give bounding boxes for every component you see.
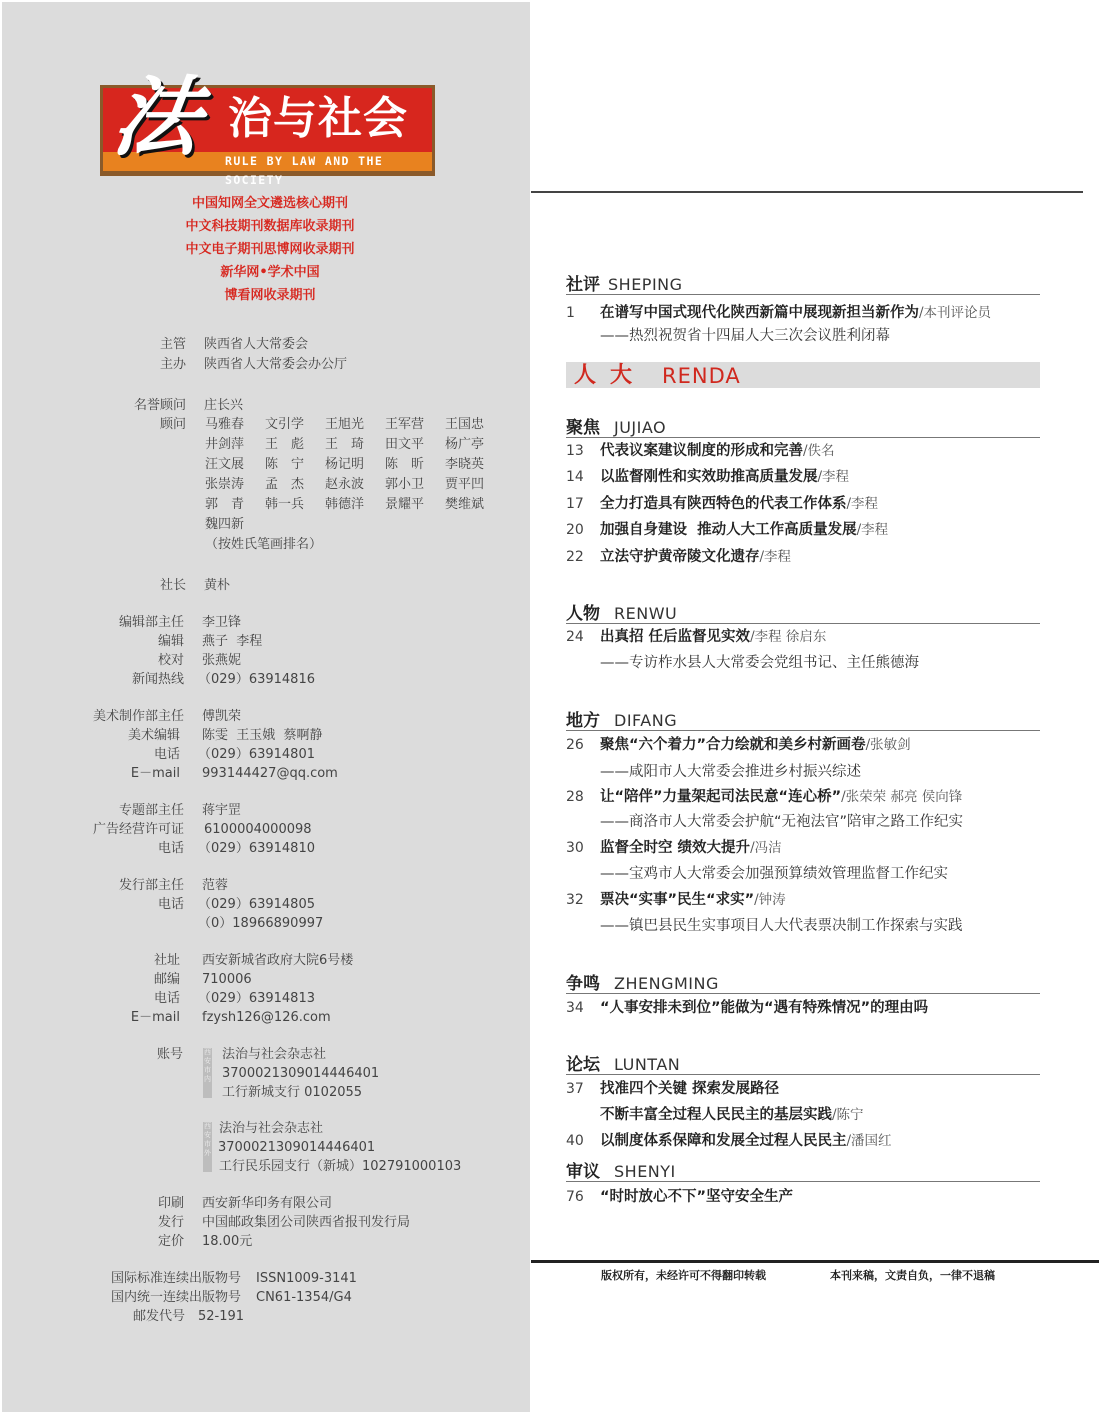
toc-entry[interactable]: 13代表议案建议制度的形成和完善/佚名 (566, 440, 835, 462)
advisor-name: 杨记明 (325, 455, 385, 475)
advisor-name: 文引学 (265, 415, 325, 435)
page-number: 1 (566, 302, 600, 324)
article-title: 立法守护黄帝陵文化遗存 (600, 549, 760, 565)
info-label: 定价 (14, 1232, 184, 1251)
page-number: 22 (566, 546, 600, 568)
info-value: 李卫锋 (202, 613, 241, 632)
article-author: /张荣荣 郝亮 侯向锋 (841, 789, 962, 805)
advisors-list: 马雅春 文引学 王旭光 王军营 王国忠 井剑萍 王 彪 王 琦 田文平 杨广亭 … (205, 415, 505, 555)
section-title-en: RENWU (614, 604, 677, 623)
info-value: 52-191 (198, 1307, 244, 1326)
advisor-name: 王 琦 (325, 435, 385, 455)
toc-entry[interactable]: 37找准四个关键 探索发展路径 (566, 1078, 779, 1100)
section-difang: 地方DIFANG (566, 706, 1040, 731)
page-number: 76 (566, 1186, 600, 1208)
toc-entry[interactable]: 22立法守护黄帝陵文化遗存/李程 (566, 546, 791, 568)
info-label: 发行部主任 (14, 876, 184, 895)
article-author: /钟涛 (754, 892, 786, 908)
page-number: 37 (566, 1078, 600, 1100)
info-value: （029）63914816 (198, 670, 315, 689)
info-value: 张燕妮 (202, 651, 241, 670)
info-label: E－mail (10, 1008, 180, 1027)
info-label: 国内统一连续出版物号 (0, 1288, 241, 1307)
info-value: 黄朴 (204, 576, 230, 595)
article-author: /陈宁 (832, 1107, 864, 1123)
toc-entry[interactable]: 14以监督刚性和实效助推高质量发展/李程 (566, 466, 849, 488)
article-author: /本刊评论员 (919, 305, 991, 321)
info-label: 国际标准连续出版物号 (0, 1269, 241, 1288)
section-luntan: 论坛LUNTAN (566, 1050, 1040, 1075)
advisor-row: 汪文展 陈 宁 杨记明 陈 昕 李晓英 (205, 455, 505, 475)
toc-entry[interactable]: 30监督全时空 绩效大提升/冯洁 (566, 837, 782, 859)
article-author: /李程 徐启东 (750, 629, 826, 645)
article-author: /冯洁 (750, 840, 782, 856)
info-value: 中国邮政集团公司陕西省报刊发行局 (202, 1213, 410, 1232)
page-number: 24 (566, 626, 600, 648)
article-author: /李程 (760, 549, 792, 565)
info-label: 账号 (13, 1045, 183, 1064)
info-label: 美术编辑 (10, 726, 180, 745)
advisor-row: 马雅春 文引学 王旭光 王军营 王国忠 (205, 415, 505, 435)
toc-entry[interactable]: 1在谱写中国式现代化陕西新篇中展现新担当新作为/本刊评论员 (566, 302, 991, 324)
section-renwu: 人物RENWU (566, 599, 1040, 624)
page-number: 34 (566, 997, 600, 1019)
info-value: 燕子 李程 (202, 632, 262, 651)
info-label: 广告经营许可证 (14, 820, 184, 839)
advisors-note: （按姓氏笔画排名） (205, 535, 405, 555)
credit-line: 新华网•学术中国 (100, 261, 440, 284)
advisor-name: 田文平 (385, 435, 445, 455)
info-value: 陕西省人大常委会办公厅 (204, 355, 347, 374)
info-value: fzysh126@126.com (202, 1008, 331, 1027)
article-title: 票决“实事”民生“求实” (600, 892, 754, 908)
advisor-name: 樊维斌 (445, 495, 505, 515)
toc-entry[interactable]: 17全力打造具有陕西特色的代表工作体系/李程 (566, 493, 878, 515)
article-author: /佚名 (803, 443, 835, 459)
toc-entry[interactable]: 76“时时放心不下”坚守安全生产 (566, 1186, 793, 1208)
info-label: 名誉顾问 (16, 396, 186, 415)
info-value: 西安新华印务有限公司 (202, 1194, 332, 1213)
article-subtitle: ——专访柞水县人大常委会党组书记、主任熊德海 (600, 652, 919, 674)
submission-policy-note: 本刊来稿，文责自负，一律不退稿 (830, 1267, 995, 1283)
info-label: E－mail (10, 764, 180, 783)
account-tag: 西安市内 (203, 1048, 212, 1098)
info-label: 新闻热线 (14, 670, 184, 689)
article-title: 监督全时空 绩效大提升 (600, 840, 750, 856)
info-label: 社长 (16, 576, 186, 595)
info-label: 印刷 (14, 1194, 184, 1213)
advisor-row: 郭 青 韩一兵 韩德洋 景耀平 樊维斌 (205, 495, 505, 515)
info-value: （0）18966890997 (198, 914, 323, 933)
section-title-en: DIFANG (614, 711, 677, 730)
copyright-note: 版权所有，未经许可不得翻印转载 (601, 1267, 766, 1283)
page-number: 40 (566, 1130, 600, 1152)
section-sheping: 社评SHEPING (566, 270, 1040, 295)
article-title: “人事安排未到位”能做为“遇有特殊情况”的理由吗 (600, 1000, 928, 1016)
credit-line: 中文科技期刊数据库收录期刊 (100, 215, 440, 238)
bottom-divider (531, 1260, 1099, 1263)
advisor-name: 魏四新 (205, 515, 265, 535)
info-value: 傅凯荣 (202, 707, 241, 726)
article-subtitle: ——商洛市人大常委会护航“无袍法官”陪审之路工作纪实 (600, 811, 963, 833)
page-number: 26 (566, 734, 600, 756)
info-value: 3700021309014446401 (222, 1064, 379, 1083)
info-label: 电话 (14, 895, 184, 914)
advisor-name: 贾平凹 (445, 475, 505, 495)
article-title: 找准四个关键 探索发展路径 (600, 1081, 779, 1097)
info-value: （029）63914805 (198, 895, 315, 914)
section-title-cn: 争鸣 (566, 974, 600, 994)
credit-line: 中国知网全文遴选核心期刊 (100, 192, 440, 215)
info-value: CN61-1354/G4 (256, 1288, 352, 1307)
advisor-name: 陈 昕 (385, 455, 445, 475)
info-value: 工行新城支行 0102055 (222, 1083, 362, 1102)
article-title: 以制度体系保障和发展全过程人民民主 (600, 1133, 847, 1149)
article-author: /李程 (847, 496, 879, 512)
info-value: 陕西省人大常委会 (204, 335, 308, 354)
info-label: 电话 (10, 745, 180, 764)
info-label: 专题部主任 (14, 801, 184, 820)
logo-calligraphy-char: 法 (108, 75, 206, 161)
article-title: 不断丰富全过程人民民主的基层实践 (600, 1107, 832, 1123)
info-label: 发行 (14, 1213, 184, 1232)
section-title-cn: 社评 (566, 275, 600, 295)
info-label: 邮发代号 (0, 1307, 185, 1326)
logo-title: 治与社会 (228, 91, 408, 147)
indexing-credits: 中国知网全文遴选核心期刊 中文科技期刊数据库收录期刊 中文电子期刊思博网收录期刊… (100, 192, 440, 307)
advisor-row: 井剑萍 王 彪 王 琦 田文平 杨广亭 (205, 435, 505, 455)
toc-entry[interactable]: 20加强自身建设 推动人大工作高质量发展/李程 (566, 519, 888, 541)
advisor-note-row: （按姓氏笔画排名） (205, 535, 505, 555)
info-value: （029）63914810 (198, 839, 315, 858)
top-divider (531, 191, 1083, 193)
advisor-name: 陈 宁 (265, 455, 325, 475)
article-author: /李程 (818, 469, 850, 485)
article-author: /李程 (857, 522, 889, 538)
section-zhengming: 争鸣ZHENGMING (566, 969, 1040, 994)
info-value: 蒋宇罡 (202, 801, 241, 820)
banner-title-cn: 人大 (574, 362, 646, 389)
page-number: 13 (566, 440, 600, 462)
info-value: （029）63914801 (198, 745, 315, 764)
info-label: 邮编 (10, 970, 180, 989)
advisor-row: 张崇涛 孟 杰 赵永波 郭小卫 贾平凹 (205, 475, 505, 495)
section-title-en: SHEPING (608, 275, 683, 294)
info-value: 710006 (202, 970, 252, 989)
toc-entry[interactable]: 24出真招 任后监督见实效/李程 徐启东 (566, 626, 826, 648)
advisor-name: 王旭光 (325, 415, 385, 435)
info-label: 主管 (16, 335, 186, 354)
credit-line: 中文电子期刊思博网收录期刊 (100, 238, 440, 261)
advisor-name: 孟 杰 (265, 475, 325, 495)
section-banner-renda: 人大 RENDA (566, 362, 1040, 388)
article-title: 全力打造具有陕西特色的代表工作体系 (600, 496, 847, 512)
info-label: 编辑部主任 (14, 613, 184, 632)
info-label: 主办 (16, 355, 186, 374)
account-tag: 西安市外 (203, 1122, 212, 1172)
article-subtitle: ——镇巴县民生实事项目人大代表票决制工作探索与实践 (600, 915, 963, 937)
info-value: 陈雯 王玉娥 蔡啊静 (202, 726, 323, 745)
info-label: 社址 (10, 951, 180, 970)
advisor-name: 郭小卫 (385, 475, 445, 495)
section-shenyi: 审议SHENYI (566, 1157, 1040, 1182)
toc-entry[interactable]: 40以制度体系保障和发展全过程人民民主/潘国红 (566, 1130, 892, 1152)
info-value: （029）63914813 (198, 989, 315, 1008)
info-label: 编辑 (14, 632, 184, 651)
info-value: 法治与社会杂志社 (219, 1119, 323, 1138)
section-title-en: ZHENGMING (614, 974, 719, 993)
advisor-name: 张崇涛 (205, 475, 265, 495)
toc-entry[interactable]: 34“人事安排未到位”能做为“遇有特殊情况”的理由吗 (566, 997, 928, 1019)
info-value: 18.00元 (202, 1232, 252, 1251)
advisor-name: 景耀平 (385, 495, 445, 515)
advisor-name: 马雅春 (205, 415, 265, 435)
info-value: 法治与社会杂志社 (222, 1045, 326, 1064)
section-title-cn: 论坛 (566, 1055, 600, 1075)
article-title: 代表议案建议制度的形成和完善 (600, 443, 803, 459)
article-title: 以监督刚性和实效助推高质量发展 (600, 469, 818, 485)
advisor-name: 杨广亭 (445, 435, 505, 455)
advisor-name: 王国忠 (445, 415, 505, 435)
advisor-row: 魏四新 (205, 515, 505, 535)
article-subtitle: ——咸阳市人大常委会推进乡村振兴综述 (600, 761, 861, 783)
info-value: ISSN1009-3141 (256, 1269, 357, 1288)
article-subtitle: ——宝鸡市人大常委会加强预算绩效管理监督工作纪实 (600, 863, 948, 885)
advisor-name: 汪文展 (205, 455, 265, 475)
article-title: “时时放心不下”坚守安全生产 (600, 1189, 793, 1205)
advisor-name: 郭 青 (205, 495, 265, 515)
info-label: 电话 (14, 839, 184, 858)
page-number: 14 (566, 466, 600, 488)
section-title-cn: 地方 (566, 711, 600, 731)
section-title-cn: 人物 (566, 604, 600, 624)
advisor-name: 李晓英 (445, 455, 505, 475)
info-value: 西安新城省政府大院6号楼 (202, 951, 353, 970)
section-title-cn: 审议 (566, 1162, 600, 1182)
page-number: 17 (566, 493, 600, 515)
article-title: 让“陪伴”力量架起司法民意“连心桥” (600, 789, 841, 805)
article-subtitle: ——热烈祝贺省十四届人大三次会议胜利闭幕 (600, 325, 890, 347)
advisor-name: 韩德洋 (325, 495, 385, 515)
banner-title-en: RENDA (662, 362, 741, 390)
logo-subtitle: RULE BY LAW AND THE SOCIETY (225, 152, 435, 190)
advisor-name: 王 彪 (265, 435, 325, 455)
page-number: 32 (566, 889, 600, 911)
info-label: 校对 (14, 651, 184, 670)
info-value: 6100004000098 (204, 820, 312, 839)
page-number: 20 (566, 519, 600, 541)
article-author: /潘国红 (847, 1133, 892, 1149)
info-value: 工行民乐园支行（新城）102791000103 (219, 1157, 461, 1176)
article-author: /张敏剑 (866, 737, 911, 753)
advisor-name: 赵永波 (325, 475, 385, 495)
article-title: 在谱写中国式现代化陕西新篇中展现新担当新作为 (600, 305, 919, 321)
info-label: 电话 (10, 989, 180, 1008)
section-title-en: LUNTAN (614, 1055, 680, 1074)
section-title-en: JUJIAO (614, 418, 666, 437)
info-value: 庄长兴 (204, 396, 243, 415)
toc-entry[interactable]: 32票决“实事”民生“求实”/钟涛 (566, 889, 786, 911)
page-number: 28 (566, 786, 600, 808)
info-label: 美术制作部主任 (14, 707, 184, 726)
article-title: 聚焦“六个着力”合力绘就和美乡村新画卷 (600, 737, 866, 753)
info-value: 3700021309014446401 (218, 1138, 375, 1157)
page-number: 30 (566, 837, 600, 859)
info-label: 顾问 (16, 415, 186, 434)
article-title-continued: 不断丰富全过程人民民主的基层实践/陈宁 (600, 1104, 864, 1126)
credit-line: 博看网收录期刊 (100, 284, 440, 307)
toc-entry[interactable]: 26聚焦“六个着力”合力绘就和美乡村新画卷/张敏剑 (566, 734, 911, 756)
magazine-logo: 法 治与社会 RULE BY LAW AND THE SOCIETY (100, 85, 435, 176)
advisor-name: 王军营 (385, 415, 445, 435)
info-value: 993144427@qq.com (202, 764, 338, 783)
article-title: 加强自身建设 推动人大工作高质量发展 (600, 522, 857, 538)
toc-entry[interactable]: 28让“陪伴”力量架起司法民意“连心桥”/张荣荣 郝亮 侯向锋 (566, 786, 962, 808)
section-title-cn: 聚焦 (566, 418, 600, 438)
info-value: 范蓉 (202, 876, 228, 895)
advisor-name: 韩一兵 (265, 495, 325, 515)
section-jujiao: 聚焦JUJIAO (566, 413, 1040, 438)
advisor-name: 井剑萍 (205, 435, 265, 455)
article-title: 出真招 任后监督见实效 (600, 629, 750, 645)
section-title-en: SHENYI (614, 1162, 676, 1181)
